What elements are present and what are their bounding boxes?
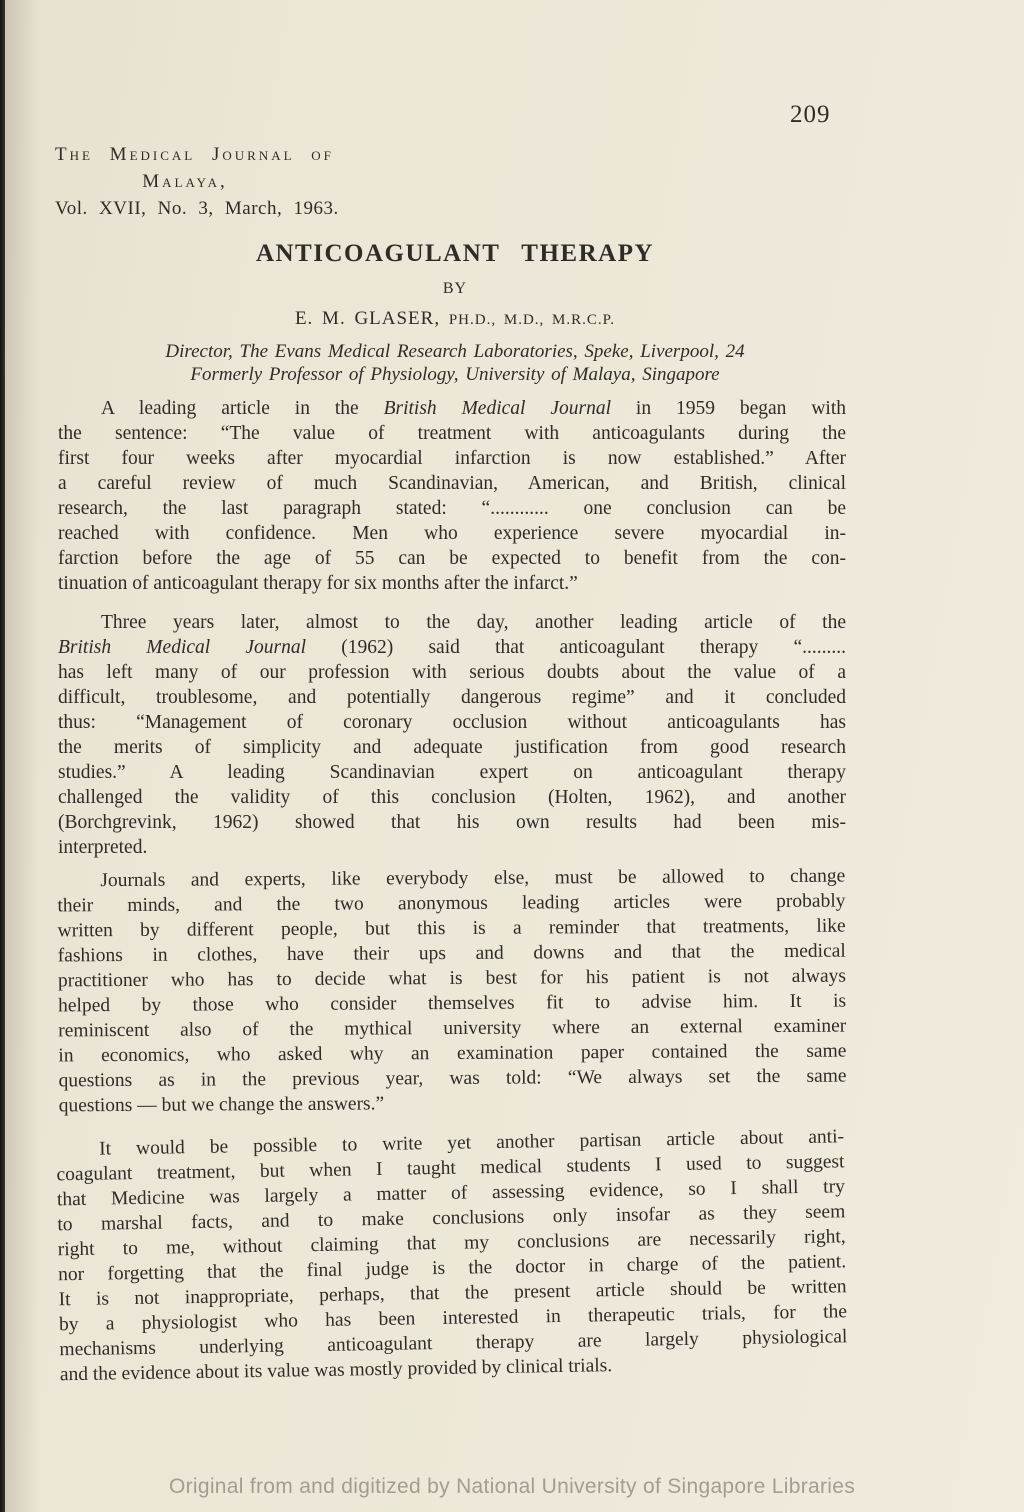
- paragraph: Three years later, almost to the day, an…: [58, 610, 846, 860]
- paragraph: Journals and experts, like everybody els…: [57, 864, 847, 1119]
- article-body: A leading article in the British Medical…: [58, 396, 846, 1386]
- text-line: the sentence: “The value of treatment wi…: [58, 421, 846, 446]
- paragraph: It would be possible to write yet anothe…: [56, 1124, 848, 1387]
- journal-name-line2: Malaya,: [55, 168, 315, 195]
- scan-edge-shadow: [5, 0, 39, 1512]
- author-affiliation-1: Director, The Evans Medical Research Lab…: [60, 340, 850, 363]
- text-line: questions as in the previous year, was t…: [58, 1064, 846, 1094]
- text-line: research, the last paragraph stated: “..…: [58, 496, 846, 521]
- text-line: reached with confidence. Men who experie…: [58, 521, 846, 546]
- text-line: studies.” A leading Scandinavian expert …: [58, 760, 846, 785]
- scanned-journal-page: 209 The Medical Journal of Malaya, Vol. …: [0, 0, 1024, 1512]
- journal-masthead: The Medical Journal of Malaya, Vol. XVII…: [55, 141, 385, 222]
- text-line: thus: “Management of coronary occlusion …: [58, 710, 846, 735]
- text-line: interpreted.: [58, 835, 846, 860]
- text-line: the merits of simplicity and adequate ju…: [58, 735, 846, 760]
- author-credentials: PH.D., M.D., M.R.C.P.: [449, 312, 615, 328]
- text-line: British Medical Journal (1962) said that…: [58, 635, 846, 660]
- author-line: E. M. GLASER, PH.D., M.D., M.R.C.P.: [60, 308, 850, 330]
- author-affiliation-2: Formerly Professor of Physiology, Univer…: [60, 363, 850, 386]
- article-header: ANTICOAGULANT THERAPY BY E. M. GLASER, P…: [60, 240, 850, 386]
- text-line: questions — but we change the answers.”: [59, 1089, 847, 1119]
- article-title: ANTICOAGULANT THERAPY: [60, 240, 850, 268]
- journal-volume-line: Vol. XVII, No. 3, March, 1963.: [55, 195, 385, 222]
- text-line: challenged the validity of this conclusi…: [58, 785, 846, 810]
- author-name: E. M. GLASER,: [295, 308, 440, 329]
- text-line: difficult, troublesome, and potentially …: [58, 685, 846, 710]
- text-line: tinuation of anticoagulant therapy for s…: [58, 571, 846, 596]
- digitization-credit: Original from and digitized by National …: [0, 1475, 1024, 1499]
- text-line: (Borchgrevink, 1962) showed that his own…: [58, 810, 846, 835]
- text-line: farction before the age of 55 can be exp…: [58, 546, 846, 571]
- page-number: 209: [790, 101, 831, 129]
- text-line: first four weeks after myocardial infarc…: [58, 446, 846, 471]
- text-line: Three years later, almost to the day, an…: [58, 610, 846, 635]
- journal-name-line1: The Medical Journal of: [55, 141, 385, 168]
- paragraph: A leading article in the British Medical…: [58, 396, 846, 596]
- text-line: a careful review of much Scandinavian, A…: [58, 471, 846, 496]
- text-line: A leading article in the British Medical…: [58, 396, 846, 421]
- byline: BY: [60, 280, 850, 298]
- text-line: has left many of our profession with ser…: [58, 660, 846, 685]
